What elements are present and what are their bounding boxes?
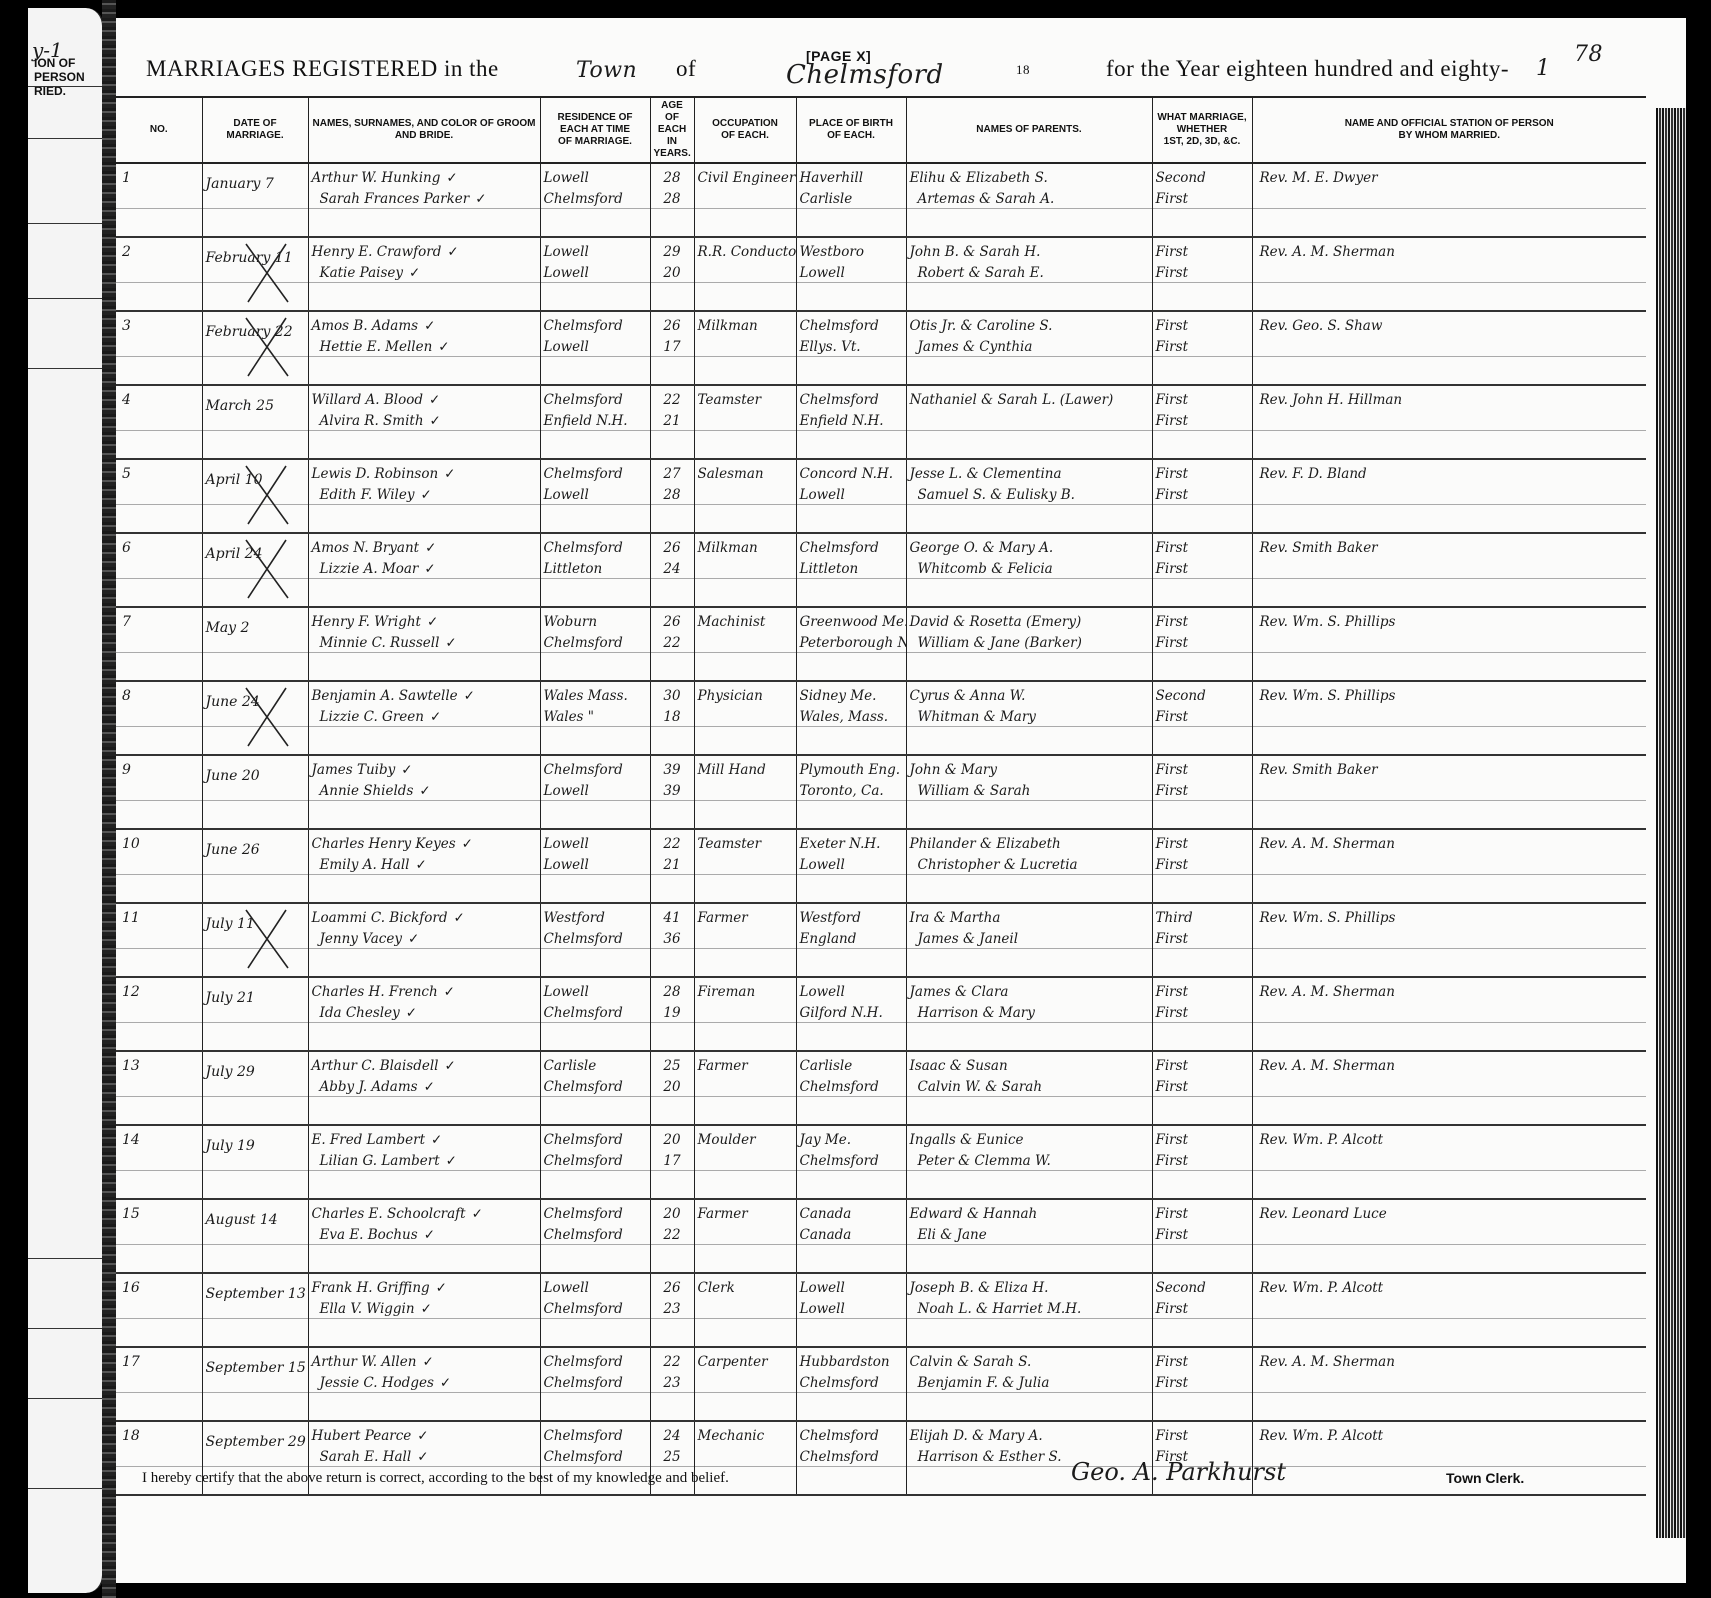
checkmark-icon: ✓ [440,1375,451,1391]
officiant: Rev. A. M. Sherman [1252,1051,1646,1125]
parents: David & Rosetta (Emery)William & Jane (B… [906,607,1152,681]
entry-number: 15 [116,1199,202,1273]
residence: ChelmsfordChelmsford [540,1199,650,1273]
entry-number: 12 [116,977,202,1051]
marriage-order: FirstFirst [1152,1347,1252,1421]
checkmark-icon: ✓ [424,1079,435,1095]
residence: ChelmsfordChelmsford [540,1347,650,1421]
column-header-occupation: Occupationof Each. [694,97,796,163]
couple-names: Frank H. Griffing✓ Ella V. Wiggin✓ [308,1273,540,1347]
marriage-date: January 7 [202,163,308,237]
table-row: 2 February 11 Henry E. Crawford✓ Katie P… [116,237,1646,311]
officiant: Rev. Geo. S. Shaw [1252,311,1646,385]
occupation: R.R. Conductor [694,237,796,311]
divider [28,1258,102,1259]
couple-names: Charles H. French✓ Ida Chesley✓ [308,977,540,1051]
birthplace: ChelmsfordLittleton [796,533,906,607]
checkmark-icon: ✓ [421,1301,432,1317]
facing-page-header: ION OF PERSON RIED. [34,56,102,98]
marriage-order: FirstFirst [1152,1125,1252,1199]
ages: 2828 [650,163,694,237]
couple-names: Henry E. Crawford✓ Katie Paisey✓ [308,237,540,311]
couple-names: Loammi C. Bickford✓ Jenny Vacey✓ [308,903,540,977]
marriage-register-table: No. Date of Marriage. Names, Surnames, a… [116,96,1646,1496]
entry-number: 1 [116,163,202,237]
residence: CarlisleChelmsford [540,1051,650,1125]
parents: Ira & MarthaJames & Janeil [906,903,1152,977]
checkmark-icon: ✓ [444,466,455,482]
divider [28,298,102,299]
divider [28,223,102,224]
marriage-date: June 20 [202,755,308,829]
parents: George O. & Mary A.Whitcomb & Felicia [906,533,1152,607]
entry-number: 8 [116,681,202,755]
officiant: Rev. John H. Hillman [1252,385,1646,459]
checkmark-icon: ✓ [475,191,486,207]
entry-number: 6 [116,533,202,607]
officiant: Rev. Smith Baker [1252,533,1646,607]
birthplace: CanadaCanada [796,1199,906,1273]
residence: WestfordChelmsford [540,903,650,977]
checkmark-icon: ✓ [436,1280,447,1296]
checkmark-icon: ✓ [416,857,427,873]
couple-names: Charles E. Schoolcraft✓ Eva E. Bochus✓ [308,1199,540,1273]
checkmark-icon: ✓ [408,931,419,947]
marriage-date: June 26 [202,829,308,903]
marriage-order: FirstFirst [1152,1199,1252,1273]
checkmark-icon: ✓ [431,1132,442,1148]
municipality-type: Town [576,58,637,83]
marriage-order: FirstFirst [1152,311,1252,385]
residence: LowellChelmsford [540,977,650,1051]
officiant: Rev. A. M. Sherman [1252,1347,1646,1421]
checkmark-icon: ✓ [420,487,431,503]
residence: ChelmsfordLowell [540,459,650,533]
marriage-order: FirstFirst [1152,385,1252,459]
column-header-age: Age of eachin years. [650,97,694,163]
checkmark-icon: ✓ [438,339,449,355]
occupation: Salesman [694,459,796,533]
checkmark-icon: ✓ [430,709,441,725]
birthplace: Greenwood Me.Peterborough N.H. [796,607,906,681]
checkmark-icon: ✓ [445,635,456,651]
entry-number: 16 [116,1273,202,1347]
table-row: 7 May 2 Henry F. Wright✓ Minnie C. Russe… [116,607,1646,681]
marriage-date: March 25 [202,385,308,459]
ages: 2221 [650,829,694,903]
occupation: Milkman [694,533,796,607]
marriage-order: FirstFirst [1152,459,1252,533]
marriage-order: SecondFirst [1152,1273,1252,1347]
birthplace: ChelmsfordEllys. Vt. [796,311,906,385]
marriage-date: July 19 [202,1125,308,1199]
marriage-order: FirstFirst [1152,755,1252,829]
parents: Nathaniel & Sarah L. (Lawer) [906,385,1152,459]
table-row: 6 April 24 Amos N. Bryant✓ Lizzie A. Moa… [116,533,1646,607]
marriage-date: July 21 [202,977,308,1051]
couple-names: E. Fred Lambert✓ Lilian G. Lambert✓ [308,1125,540,1199]
checkmark-icon: ✓ [424,1227,435,1243]
divider [28,1398,102,1399]
facing-page-fragment: y-1 ION OF PERSON RIED. [28,8,104,1593]
checkmark-icon: ✓ [406,1005,417,1021]
checkmark-icon: ✓ [417,1428,428,1444]
checkmark-icon: ✓ [446,170,457,186]
marriage-order: FirstFirst [1152,237,1252,311]
checkmark-icon: ✓ [424,561,435,577]
occupation: Physician [694,681,796,755]
marriage-order: FirstFirst [1152,1051,1252,1125]
residence: ChelmsfordLowell [540,311,650,385]
table-row: 8 June 24 Benjamin A. Sawtelle✓ Lizzie C… [116,681,1646,755]
entry-number: 3 [116,311,202,385]
column-header-residence: Residence of Each at Timeof Marriage. [540,97,650,163]
entry-number: 10 [116,829,202,903]
ages: 3939 [650,755,694,829]
officiant: Rev. F. D. Bland [1252,459,1646,533]
couple-names: Lewis D. Robinson✓ Edith F. Wiley✓ [308,459,540,533]
ages: 2520 [650,1051,694,1125]
parents: Elihu & Elizabeth S.Artemas & Sarah A. [906,163,1152,237]
parents: Edward & HannahEli & Jane [906,1199,1152,1273]
birthplace: CarlisleChelmsford [796,1051,906,1125]
table-row: 14 July 19 E. Fred Lambert✓ Lilian G. La… [116,1125,1646,1199]
marriage-date: July 29 [202,1051,308,1125]
occupation: Clerk [694,1273,796,1347]
marriage-order: FirstFirst [1152,977,1252,1051]
birthplace: Sidney Me.Wales, Mass. [796,681,906,755]
marriage-date: February 22 [202,311,308,385]
officiant: Rev. Wm. S. Phillips [1252,903,1646,977]
table-row: 15 August 14 Charles E. Schoolcraft✓ Eva… [116,1199,1646,1273]
couple-names: Willard A. Blood✓ Alvira R. Smith✓ [308,385,540,459]
ages: 2017 [650,1125,694,1199]
residence: ChelmsfordLittleton [540,533,650,607]
birthplace: LowellLowell [796,1273,906,1347]
ages: 2022 [650,1199,694,1273]
ages: 2728 [650,459,694,533]
residence: LowellLowell [540,829,650,903]
column-header-marriage: What Marriage, Whether1st, 2d, 3d, &c. [1152,97,1252,163]
entry-number: 17 [116,1347,202,1421]
checkmark-icon: ✓ [424,318,435,334]
marriage-date: June 24 [202,681,308,755]
marriage-date: May 2 [202,607,308,681]
officiant: Rev. Smith Baker [1252,755,1646,829]
column-header-date: Date of Marriage. [202,97,308,163]
residence: ChelmsfordEnfield N.H. [540,385,650,459]
column-header-names: Names, Surnames, and Color of Groomand B… [308,97,540,163]
table-row: 17 September 15 Arthur W. Allen✓ Jessie … [116,1347,1646,1421]
blank-mark: 18 [1016,62,1030,78]
entry-number: 13 [116,1051,202,1125]
officiant: Rev. Wm. S. Phillips [1252,607,1646,681]
birthplace: LowellGilford N.H. [796,977,906,1051]
year-text: for the Year eighteen hundred and eighty… [1106,56,1509,82]
marriage-date: July 11 [202,903,308,977]
residence: ChelmsfordChelmsford [540,1125,650,1199]
title-of: of [676,56,696,82]
table-header-row: No. Date of Marriage. Names, Surnames, a… [116,97,1646,163]
checkmark-icon: ✓ [419,783,430,799]
marriage-order: SecondFirst [1152,681,1252,755]
occupation: Civil Engineer [694,163,796,237]
officiant: Rev. Leonard Luce [1252,1199,1646,1273]
couple-names: Amos N. Bryant✓ Lizzie A. Moar✓ [308,533,540,607]
divider [28,368,102,369]
clerk-label: Town Clerk. [1446,1470,1524,1486]
parents: Philander & ElizabethChristopher & Lucre… [906,829,1152,903]
divider [28,1328,102,1329]
parents: John & MaryWilliam & Sarah [906,755,1152,829]
ages: 2223 [650,1347,694,1421]
entry-number: 5 [116,459,202,533]
parents: James & ClaraHarrison & Mary [906,977,1152,1051]
residence: Wales Mass.Wales " [540,681,650,755]
officiant: Rev. Wm. P. Alcott [1252,1125,1646,1199]
checkmark-icon: ✓ [430,413,441,429]
parents: Cyrus & Anna W.Whitman & Mary [906,681,1152,755]
book-gutter [102,0,116,1598]
table-row: 5 April 10 Lewis D. Robinson✓ Edith F. W… [116,459,1646,533]
table-row: 10 June 26 Charles Henry Keyes✓ Emily A.… [116,829,1646,903]
marriage-order: ThirdFirst [1152,903,1252,977]
occupation: Farmer [694,1199,796,1273]
checkmark-icon: ✓ [453,910,464,926]
page-title: MARRIAGES REGISTERED in the Town of [PAG… [146,56,1646,96]
residence: LowellChelmsford [540,163,650,237]
title-prefix: MARRIAGES REGISTERED in the [146,56,499,82]
occupation: Milkman [694,311,796,385]
occupation: Teamster [694,829,796,903]
page-number: 78 [1574,42,1603,67]
ages: 2920 [650,237,694,311]
checkmark-icon: ✓ [401,762,412,778]
birthplace: Concord N.H.Lowell [796,459,906,533]
ages: 2622 [650,607,694,681]
entry-number: 2 [116,237,202,311]
residence: ChelmsfordLowell [540,755,650,829]
certification-statement: I hereby certify that the above return i… [142,1470,729,1487]
marriage-date: April 10 [202,459,308,533]
divider [28,86,102,87]
marriage-date: September 15 [202,1347,308,1421]
parents: Otis Jr. & Caroline S.James & Cynthia [906,311,1152,385]
couple-names: Benjamin A. Sawtelle✓ Lizzie C. Green✓ [308,681,540,755]
checkmark-icon: ✓ [427,614,438,630]
page-edge [1656,108,1686,1538]
entry-number: 7 [116,607,202,681]
checkmark-icon: ✓ [409,265,420,281]
ages: 4136 [650,903,694,977]
occupation: Carpenter [694,1347,796,1421]
checkmark-icon: ✓ [447,244,458,260]
parents: Jesse L. & ClementinaSamuel S. & Eulisky… [906,459,1152,533]
parents: Ingalls & EunicePeter & Clemma W. [906,1125,1152,1199]
checkmark-icon: ✓ [417,1449,428,1465]
residence: LowellLowell [540,237,650,311]
checkmark-icon: ✓ [429,392,440,408]
occupation: Farmer [694,903,796,977]
occupation: Machinist [694,607,796,681]
checkmark-icon: ✓ [444,984,455,1000]
entry-number: 14 [116,1125,202,1199]
register-page: MARRIAGES REGISTERED in the Town of [PAG… [116,18,1686,1583]
column-header-birthplace: Place of Birthof Each. [796,97,906,163]
year-suffix: 1 [1536,56,1551,81]
table-row: 11 July 11 Loammi C. Bickford✓ Jenny Vac… [116,903,1646,977]
officiant: Rev. A. M. Sherman [1252,237,1646,311]
ages: 2623 [650,1273,694,1347]
couple-names: Arthur W. Allen✓ Jessie C. Hodges✓ [308,1347,540,1421]
table-row: 13 July 29 Arthur C. Blaisdell✓ Abby J. … [116,1051,1646,1125]
column-header-parents: Names of Parents. [906,97,1152,163]
residence: LowellChelmsford [540,1273,650,1347]
birthplace: WestfordEngland [796,903,906,977]
table-row: 4 March 25 Willard A. Blood✓ Alvira R. S… [116,385,1646,459]
ages: 2221 [650,385,694,459]
entry-number: 11 [116,903,202,977]
birthplace: ChelmsfordEnfield N.H. [796,385,906,459]
occupation: Mill Hand [694,755,796,829]
table-row: 16 September 13 Frank H. Griffing✓ Ella … [116,1273,1646,1347]
marriage-order: FirstFirst [1152,829,1252,903]
occupation: Moulder [694,1125,796,1199]
divider [28,1488,102,1489]
occupation: Farmer [694,1051,796,1125]
parents: Joseph B. & Eliza H.Noah L. & Harriet M.… [906,1273,1152,1347]
birthplace: ChelmsfordChelmsford [796,1421,906,1495]
divider [28,138,102,139]
officiant: Rev. M. E. Dwyer [1252,163,1646,237]
checkmark-icon: ✓ [445,1058,456,1074]
officiant: Rev. A. M. Sherman [1252,977,1646,1051]
birthplace: Exeter N.H.Lowell [796,829,906,903]
table-row: 9 June 20 James Tuiby✓ Annie Shields✓ Ch… [116,755,1646,829]
marriage-date: September 13 [202,1273,308,1347]
checkmark-icon: ✓ [446,1153,457,1169]
column-header-no: No. [116,97,202,163]
checkmark-icon: ✓ [462,836,473,852]
ages: 2617 [650,311,694,385]
marriage-date: April 24 [202,533,308,607]
checkmark-icon: ✓ [464,688,475,704]
officiant: Rev. A. M. Sherman [1252,829,1646,903]
couple-names: Charles Henry Keyes✓ Emily A. Hall✓ [308,829,540,903]
table-row: 1 January 7 Arthur W. Hunking✓ Sarah Fra… [116,163,1646,237]
couple-names: Amos B. Adams✓ Hettie E. Mellen✓ [308,311,540,385]
occupation: Teamster [694,385,796,459]
parents: Calvin & Sarah S.Benjamin F. & Julia [906,1347,1152,1421]
birthplace: Plymouth Eng.Toronto, Ca. [796,755,906,829]
occupation: Fireman [694,977,796,1051]
birthplace: WestboroLowell [796,237,906,311]
officiant: Rev. Wm. P. Alcott [1252,1273,1646,1347]
birthplace: HaverhillCarlisle [796,163,906,237]
municipality-name: Chelmsford [786,60,944,90]
birthplace: HubbardstonChelmsford [796,1347,906,1421]
couple-names: Arthur W. Hunking✓ Sarah Frances Parker✓ [308,163,540,237]
clerk-signature: Geo. A. Parkhurst [1071,1458,1286,1486]
marriage-date: August 14 [202,1199,308,1273]
table-row: 3 February 22 Amos B. Adams✓ Hettie E. M… [116,311,1646,385]
couple-names: Henry F. Wright✓ Minnie C. Russell✓ [308,607,540,681]
marriage-order: FirstFirst [1152,607,1252,681]
marriage-order: SecondFirst [1152,163,1252,237]
ages: 2819 [650,977,694,1051]
officiant: Rev. Wm. S. Phillips [1252,681,1646,755]
checkmark-icon: ✓ [422,1354,433,1370]
parents: John B. & Sarah H.Robert & Sarah E. [906,237,1152,311]
entry-number: 9 [116,755,202,829]
ages: 2624 [650,533,694,607]
column-header-officiant: Name and Official Station of Personby Wh… [1252,97,1646,163]
marriage-order: FirstFirst [1152,533,1252,607]
ages: 3018 [650,681,694,755]
couple-names: Arthur C. Blaisdell✓ Abby J. Adams✓ [308,1051,540,1125]
marriage-date: February 11 [202,237,308,311]
checkmark-icon: ✓ [425,540,436,556]
residence: WoburnChelmsford [540,607,650,681]
couple-names: James Tuiby✓ Annie Shields✓ [308,755,540,829]
parents: Isaac & SusanCalvin W. & Sarah [906,1051,1152,1125]
table-row: 12 July 21 Charles H. French✓ Ida Chesle… [116,977,1646,1051]
checkmark-icon: ✓ [472,1206,483,1222]
entry-number: 4 [116,385,202,459]
birthplace: Jay Me.Chelmsford [796,1125,906,1199]
